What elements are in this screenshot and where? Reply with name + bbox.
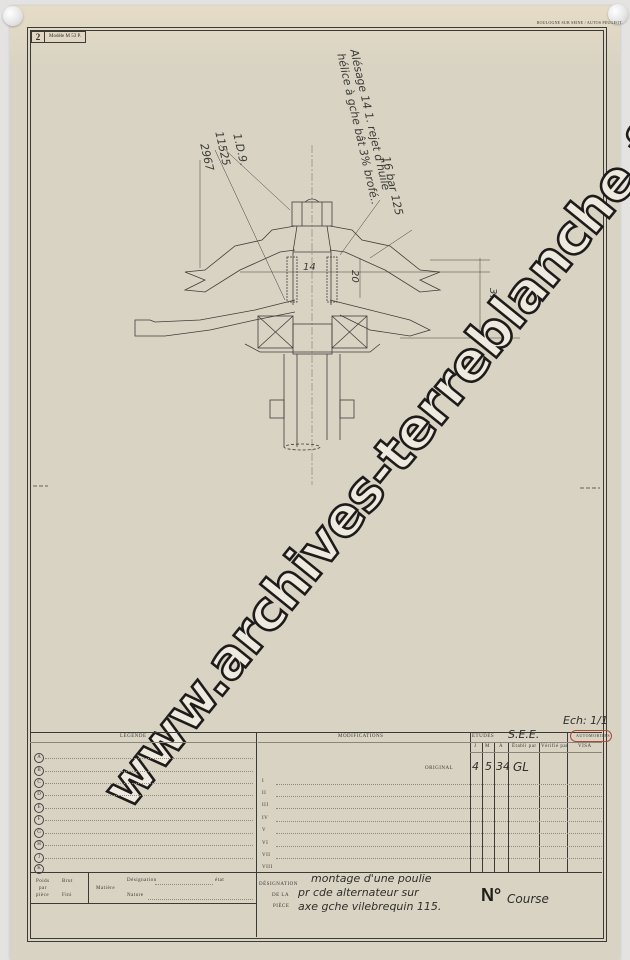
dimension-14: 14 bbox=[303, 262, 316, 273]
mod-row-viii: VIII bbox=[262, 865, 273, 870]
legend-letter-b: B bbox=[34, 766, 44, 776]
title-block: LÉGENDE MODIFICATIONS ÉTUDES S.E.E. Ech:… bbox=[30, 732, 602, 937]
legend-letter-e: E bbox=[34, 803, 44, 813]
legend-letter-g: G bbox=[34, 828, 44, 838]
mod-row-iv: IV bbox=[262, 816, 268, 821]
piece-description-line-3: axe gche vilebrequin 115. bbox=[298, 900, 441, 913]
legend-letter-d: D bbox=[34, 790, 44, 800]
dimension-20: 20 bbox=[349, 270, 360, 283]
designation-label: Désignation bbox=[127, 878, 157, 883]
legend-letter-f: F bbox=[34, 815, 44, 825]
date-a-header: A bbox=[499, 744, 503, 749]
etudes-label: ÉTUDES bbox=[472, 734, 494, 739]
date-a-value: 34 bbox=[496, 760, 510, 773]
date-m-header: M bbox=[485, 744, 490, 749]
mod-row-vii: VII bbox=[262, 853, 270, 858]
numero-label: N° bbox=[481, 885, 501, 906]
designation-piece-label-2: DE LA bbox=[272, 893, 289, 898]
mod-row-ii: II bbox=[262, 791, 266, 796]
modifications-header: MODIFICATIONS bbox=[338, 734, 383, 739]
legend-letter-c: C bbox=[34, 778, 44, 788]
mod-row-v: V bbox=[262, 828, 266, 833]
legend-header: LÉGENDE bbox=[120, 734, 147, 739]
etudes-value: S.E.E. bbox=[508, 728, 539, 741]
numero-value: Course bbox=[507, 892, 549, 906]
legend-letter-k: K bbox=[34, 864, 44, 874]
stamp-text: AUTOMOBILES bbox=[576, 733, 610, 738]
scale-value: Ech: 1/1 bbox=[563, 714, 608, 727]
fini-label: Fini bbox=[62, 893, 72, 898]
verifie-par-label: Vérifié par bbox=[541, 744, 568, 749]
legend-letter-j: J bbox=[34, 853, 44, 863]
designation-piece-label-1: DÉSIGNATION bbox=[259, 882, 298, 887]
matiere-label: Matière bbox=[96, 886, 115, 891]
etat-label: état bbox=[215, 878, 224, 883]
mod-row-i: I bbox=[262, 779, 264, 784]
poids-label-2: par bbox=[39, 886, 47, 891]
date-j-value: 4 bbox=[472, 760, 479, 773]
visa-label: VISA bbox=[578, 744, 592, 749]
piece-description-line-2: pr cde alternateur sur bbox=[298, 886, 419, 899]
nature-label: Nature bbox=[127, 893, 144, 898]
mod-row-iii: III bbox=[262, 803, 269, 808]
original-label: ORIGINAL bbox=[425, 766, 453, 771]
date-m-value: 5 bbox=[485, 760, 492, 773]
legend-letter-a: A bbox=[34, 753, 44, 763]
legend-letter-h: H bbox=[34, 840, 44, 850]
brut-label: Brut bbox=[62, 879, 73, 884]
designation-piece-label-3: PIÈCE bbox=[273, 904, 289, 909]
date-j-header: J bbox=[474, 744, 476, 749]
poids-label-1: Poids bbox=[36, 879, 50, 884]
piece-description-line-1: montage d'une poulie bbox=[311, 872, 432, 885]
etabli-par-label: Établi par bbox=[512, 744, 537, 749]
poids-label-3: pièce bbox=[36, 893, 49, 898]
etabli-par-signature: GL bbox=[513, 760, 529, 774]
mod-row-vi: VI bbox=[262, 841, 268, 846]
